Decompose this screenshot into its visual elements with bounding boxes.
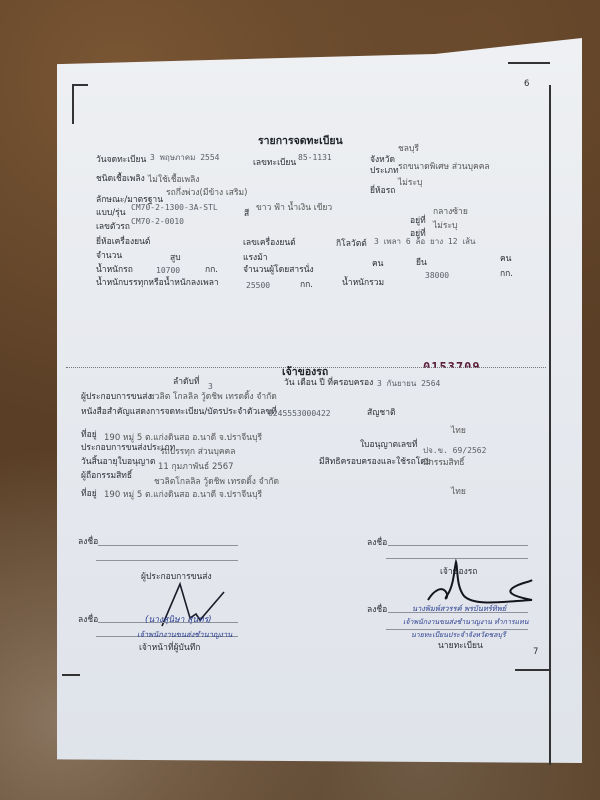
seats-unit: คน <box>372 260 384 269</box>
cylinders-unit: สูบ <box>170 254 181 263</box>
registrar-name-line <box>386 629 528 630</box>
engine-no-label: เลขเครื่องยนต์ <box>243 239 296 248</box>
weight-label: น้ำหนักรถ <box>96 266 133 275</box>
model-label: แบบ/รุ่น <box>96 209 126 218</box>
order: 3 <box>208 383 213 391</box>
holder-address: 190 หมู่ 5 ต.แก่งดินสอ อ.นาดี จ.ปราจีนบุ… <box>104 491 262 500</box>
plate: 85-1131 <box>298 154 332 162</box>
owner-sign-label: ลงชื่อ <box>367 539 387 548</box>
model: CM70-2-1300-3A-STL <box>131 204 218 212</box>
expiry-label: วันสิ้นอายุใบอนุญาต <box>81 458 155 467</box>
holder-nationality: ไทย <box>451 488 466 497</box>
standing-unit: คน <box>500 255 512 264</box>
gross: 38000 <box>425 272 449 280</box>
holder: ชวลิตโกลลิล วู้ดชิพ เทรดดิ้ง จำกัด <box>154 478 279 487</box>
id-label: หนังสือสำคัญแสดงการจดทะเบียน/บัตรประจำตั… <box>81 408 277 417</box>
holder-address-label: ที่อยู่ <box>81 490 97 499</box>
chassis-label: เลขตัวรถ <box>96 223 130 232</box>
character: รถกึ่งพ่วง(มีข้าง เสริม) <box>166 189 247 198</box>
possession-label: มีสิทธิครอบครองและใช้รถโดย <box>319 458 431 467</box>
chassis: CM70-2-0010 <box>131 218 184 226</box>
operator-sign-label: ลงชื่อ <box>78 538 98 547</box>
registrar-name: นางพิมพ์สวรรค์ พรบันทร์ทิพย์ <box>412 605 506 613</box>
gross-label: น้ำหนักรวม <box>342 279 384 288</box>
expiry: 11 กุมภาพันธ์ 2567 <box>158 463 234 472</box>
engine-brand-label: ยี่ห้อเครื่องยนต์ <box>96 238 150 247</box>
recorder-name: (นางสุนิษา สุนทร) <box>145 616 212 625</box>
license-label: ใบอนุญาตเลขที่ <box>360 441 418 450</box>
fuel-label: ชนิดเชื้อเพลิง <box>96 175 145 184</box>
corner-mark-top-right <box>508 62 550 64</box>
gross-unit: กก. <box>500 270 513 279</box>
axles-label: กิโลวัตต์ <box>336 240 367 249</box>
nationality-label: สัญชาติ <box>367 409 396 418</box>
license: ปจ.ข. 69/2562 <box>423 447 486 455</box>
fuel: ไม่ใช้เชื้อเพลิง <box>148 176 199 185</box>
province-label: จังหวัด <box>370 156 395 165</box>
axles: 3 เพลา 6 ล้อ ยาง 12 เส้น <box>374 238 475 246</box>
order-label: ลำดับที่ <box>173 378 200 387</box>
chassis-position-label: อยู่ที่ <box>410 217 426 226</box>
registrar-office: นายทะเบียนประจำจังหวัดชลบุรี <box>411 632 506 639</box>
nationality: ไทย <box>451 427 466 436</box>
address: 190 หมู่ 5 ต.แก่งดินสอ อ.นาดี จ.ปราจีนบุ… <box>104 434 262 443</box>
registration-date-label: วันจดทะเบียน <box>96 156 146 165</box>
operator-label: ผู้ประกอบการขนส่ง <box>81 393 152 402</box>
registrar-sign-label: ลงชื่อ <box>367 606 387 615</box>
owner-sign-line <box>388 545 528 546</box>
load-unit: กก. <box>300 281 313 290</box>
corner-mark-bottom-right <box>515 669 551 671</box>
section-title-owner: เจ้าของรถ <box>282 367 328 378</box>
province: ชลบุรี <box>398 145 419 154</box>
brand-label: ยี่ห้อรถ <box>370 187 395 196</box>
registrar-signature <box>420 556 540 606</box>
chassis-position: กลางซ้าย <box>433 208 468 217</box>
plate-label: เลขทะเบียน <box>253 159 296 168</box>
page-number-bottom: 7 <box>533 648 538 657</box>
seats-label: จำนวนผู้โดยสารนั่ง <box>243 266 314 275</box>
type: รถขนาดพิเศษ ส่วนบุคคล <box>398 163 490 172</box>
recorder-sign-label: ลงชื่อ <box>78 616 98 625</box>
cylinders-label: จำนวน <box>96 252 122 261</box>
operator: ชวลิต โกลลิล วู้ดชิพ เทรดดิ้ง จำกัด <box>149 393 277 402</box>
possession-date-label: วัน เดือน ปี ที่ครอบครอง <box>284 379 373 388</box>
address-label: ที่อยู่ <box>81 431 97 440</box>
registrar-caption: นายทะเบียน <box>438 642 483 651</box>
recorder-position: เจ้าพนักงานขนส่งชำนาญงาน <box>137 631 232 639</box>
engine-position: ไม่ระบุ <box>433 222 457 231</box>
color-label: สี <box>244 210 249 219</box>
corner-mark-bottom-left <box>62 674 80 676</box>
weight-unit: กก. <box>205 266 218 275</box>
id-number: 0245553000422 <box>268 410 331 418</box>
recorder-caption: เจ้าหน้าที่ผู้บันทึก <box>139 644 200 653</box>
page-number-top: 6 <box>524 80 529 89</box>
horsepower-label: แรงม้า <box>243 254 268 263</box>
possession-date: 3 กันยายน 2564 <box>377 380 440 388</box>
corner-mark-top-left <box>72 84 88 86</box>
transport-type: รถบรรทุก ส่วนบุคคล <box>160 448 235 457</box>
load: 25500 <box>246 282 270 290</box>
corner-mark-top-left-v <box>72 84 74 124</box>
registration-date: 3 พฤษภาคม 2554 <box>150 154 220 162</box>
operator-sign-line <box>98 545 238 546</box>
holder-label: ผู้ถือกรรมสิทธิ์ <box>81 472 132 481</box>
possession: มีกรรมสิทธิ์ <box>423 459 464 468</box>
brand: ไม่ระบุ <box>398 179 422 188</box>
load-label: น้ำหนักบรรทุกหรือน้ำหนักลงเพลา <box>96 279 219 288</box>
section-title-registration: รายการจดทะเบียน <box>258 136 343 147</box>
standing-label: ยืน <box>416 259 427 268</box>
registrar-position: เจ้าพนักงานขนส่งชำนาญงาน ทำการแทน <box>403 619 529 626</box>
operator-name-line <box>96 560 238 561</box>
weight: 10700 <box>156 267 180 275</box>
type-label: ประเภท <box>370 167 399 176</box>
color: ขาว ฟ้า น้ำเงิน เขียว <box>256 204 332 213</box>
frame-right-edge <box>549 85 551 765</box>
